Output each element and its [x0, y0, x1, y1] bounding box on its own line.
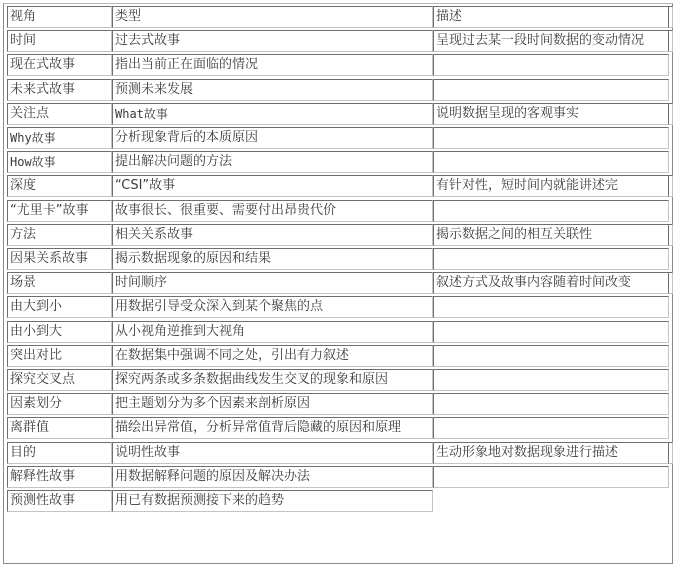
cell-perspective: 因果关系故事 — [7, 248, 112, 270]
cell-perspective: Why故事 — [7, 127, 112, 149]
cell-description — [433, 127, 669, 149]
cell-type: 把主题划分为多个因素来剖析原因 — [112, 393, 433, 415]
cell-perspective: 探究交叉点 — [7, 369, 112, 391]
cell-spacer — [668, 272, 673, 294]
cell-perspective: 场景 — [7, 272, 112, 294]
cell-spacer — [668, 224, 673, 246]
cell-description — [433, 151, 669, 173]
cell-perspective: 目的 — [7, 442, 112, 464]
cell-perspective: 现在式故事 — [7, 54, 112, 76]
table-row: 由大到小用数据引导受众深入到某个聚焦的点 — [4, 295, 672, 319]
cell-type: 指出当前正在面临的情况 — [112, 54, 433, 76]
cell-perspective: 关注点 — [7, 103, 112, 125]
cell-type: 分析现象背后的本质原因 — [112, 127, 433, 149]
table-row: 目的说明性故事生动形象地对数据现象进行描述 — [4, 441, 672, 465]
cell-description — [433, 466, 669, 488]
cell-type: 在数据集中强调不同之处，引出有力叙述 — [112, 345, 433, 367]
cell-type: 预测未来发展 — [112, 79, 433, 101]
table-row: 离群值描绘出异常值，分析异常值背后隐藏的原因和原理 — [4, 416, 672, 440]
cell-description: 生动形象地对数据现象进行描述 — [433, 442, 669, 464]
cell-description — [433, 79, 669, 101]
cell-spacer — [668, 103, 673, 125]
cell-type: 从小视角逆推到大视角 — [112, 321, 433, 343]
cell-perspective: “尤里卡”故事 — [7, 200, 112, 222]
cell-type: 描绘出异常值，分析异常值背后隐藏的原因和原理 — [112, 417, 433, 439]
cell-perspective: 由大到小 — [7, 296, 112, 318]
cell-description — [433, 417, 669, 439]
cell-type: 相关关系故事 — [112, 224, 433, 246]
table-row: 解释性故事用数据解释问题的原因及解决办法 — [4, 465, 672, 489]
table-row: 预测性故事用已有数据预测接下来的趋势 — [4, 489, 672, 513]
table-row: 探究交叉点探究两条或多条数据曲线发生交叉的现象和原因 — [4, 368, 672, 392]
cell-type: 揭示数据现象的原因和结果 — [112, 248, 433, 270]
cell-perspective: 深度 — [7, 175, 112, 197]
table-row: 因果关系故事揭示数据现象的原因和结果 — [4, 247, 672, 271]
table-row: 因素划分把主题划分为多个因素来剖析原因 — [4, 392, 672, 416]
table-row: 时间过去式故事呈现过去某一段时间数据的变动情况 — [4, 29, 672, 53]
cell-perspective: 预测性故事 — [7, 490, 112, 512]
cell-type: 说明性故事 — [112, 442, 433, 464]
cell-type: 用数据解释问题的原因及解决办法 — [112, 466, 433, 488]
cell-description — [433, 393, 669, 415]
table-row: How故事提出解决问题的方法 — [4, 150, 672, 174]
cell-perspective: 突出对比 — [7, 345, 112, 367]
cell-perspective: 离群值 — [7, 417, 112, 439]
cell-perspective: 解释性故事 — [7, 466, 112, 488]
cell-description — [433, 321, 669, 343]
cell-type: 用数据引导受众深入到某个聚焦的点 — [112, 296, 433, 318]
table-row: 场景时间顺序叙述方式及故事内容随着时间改变 — [4, 271, 672, 295]
table-header-row: 视角类型描述 — [4, 5, 672, 29]
table-row: 未来式故事预测未来发展 — [4, 78, 672, 102]
cell-spacer — [668, 175, 673, 197]
cell-perspective: How故事 — [7, 151, 112, 173]
cell-description — [433, 200, 669, 222]
cell-perspective: 未来式故事 — [7, 79, 112, 101]
cell-description: 说明数据呈现的客观事实 — [433, 103, 669, 125]
cell-type: What故事 — [112, 103, 433, 125]
data-storytelling-table: 视角类型描述时间过去式故事呈现过去某一段时间数据的变动情况现在式故事指出当前正在… — [3, 3, 673, 564]
cell-description: 有针对性，短时间内就能讲述完 — [433, 175, 669, 197]
cell-type: 过去式故事 — [112, 30, 433, 52]
cell-type: “CSI”故事 — [112, 175, 433, 197]
header-description: 描述 — [433, 6, 669, 28]
cell-spacer — [668, 30, 673, 52]
table-row: “尤里卡”故事故事很长、很重要、需要付出昂贵代价 — [4, 199, 672, 223]
table-row: 由小到大从小视角逆推到大视角 — [4, 320, 672, 344]
cell-perspective: 因素划分 — [7, 393, 112, 415]
cell-perspective: 方法 — [7, 224, 112, 246]
cell-description — [433, 369, 669, 391]
cell-spacer — [668, 442, 673, 464]
cell-description: 叙述方式及故事内容随着时间改变 — [433, 272, 669, 294]
cell-description — [433, 345, 669, 367]
cell-type: 故事很长、很重要、需要付出昂贵代价 — [112, 200, 433, 222]
cell-spacer — [668, 6, 673, 28]
cell-type: 时间顺序 — [112, 272, 433, 294]
cell-type: 提出解决问题的方法 — [112, 151, 433, 173]
cell-description: 呈现过去某一段时间数据的变动情况 — [433, 30, 669, 52]
cell-description — [433, 296, 669, 318]
table-row: 方法相关关系故事揭示数据之间的相互关联性 — [4, 223, 672, 247]
cell-perspective: 时间 — [7, 30, 112, 52]
cell-description: 揭示数据之间的相互关联性 — [433, 224, 669, 246]
table-row: Why故事分析现象背后的本质原因 — [4, 126, 672, 150]
cell-type: 用已有数据预测接下来的趋势 — [112, 490, 433, 512]
table-row: 关注点What故事说明数据呈现的客观事实 — [4, 102, 672, 126]
table-row: 现在式故事指出当前正在面临的情况 — [4, 53, 672, 77]
table-row: 深度“CSI”故事有针对性，短时间内就能讲述完 — [4, 174, 672, 198]
table-row: 突出对比在数据集中强调不同之处，引出有力叙述 — [4, 344, 672, 368]
header-type: 类型 — [112, 6, 433, 28]
cell-perspective: 由小到大 — [7, 321, 112, 343]
cell-description — [433, 248, 669, 270]
header-perspective: 视角 — [7, 6, 112, 28]
cell-type: 探究两条或多条数据曲线发生交叉的现象和原因 — [112, 369, 433, 391]
cell-description — [433, 54, 669, 76]
